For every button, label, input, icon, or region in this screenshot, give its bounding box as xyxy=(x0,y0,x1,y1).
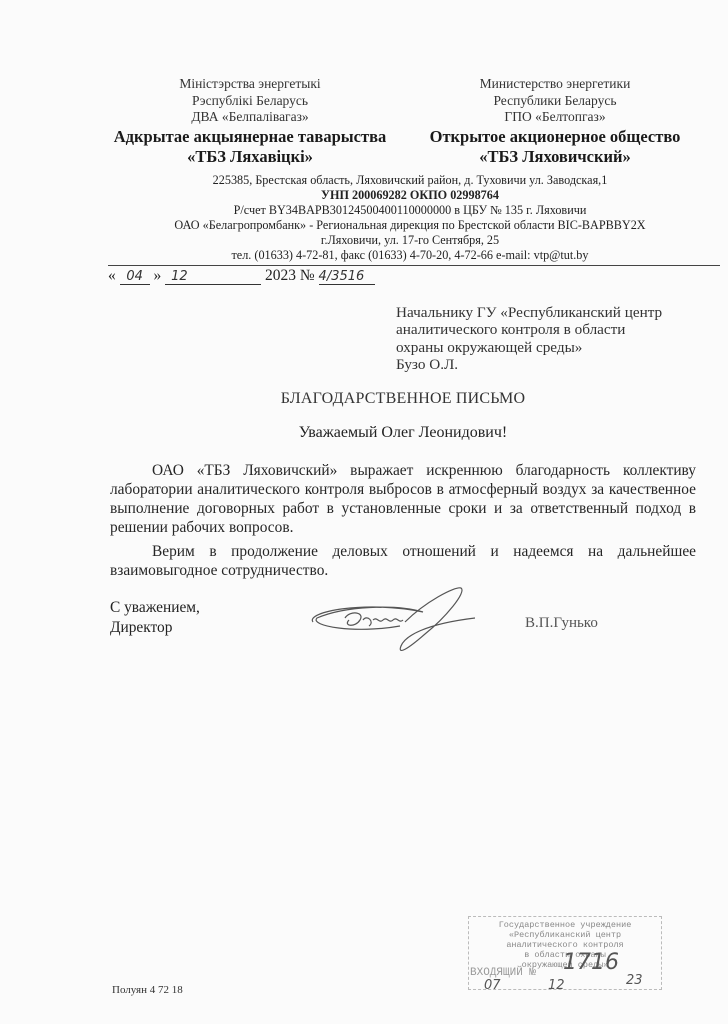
date-month: 12 xyxy=(165,269,261,285)
letter-title: БЛАГОДАРСТВЕННОЕ ПИСЬМО xyxy=(0,390,728,408)
body-paragraph-1: ОАО «ТБЗ Ляховичский» выражает искреннюю… xyxy=(110,461,696,537)
addressee-line: охраны окружающей среды» xyxy=(396,339,662,356)
paragraph-text: Верим в продолжение деловых отношений и … xyxy=(110,543,696,579)
org-name: «ТБЗ Ляховичский» xyxy=(405,147,705,167)
ministry-line: Міністэрства энергетыкі xyxy=(100,76,400,93)
header-right-russian: Министерство энергетики Республики Белар… xyxy=(405,76,705,167)
stamp-date-year: 23 xyxy=(626,973,643,988)
association-line: ГПО «Белтопгаз» xyxy=(405,109,705,126)
bank-account: Р/счет BY34BAPB30124500400110000000 в ЦБ… xyxy=(130,203,690,218)
org-name: «ТБЗ Ляхавіцкі» xyxy=(100,147,400,167)
unp-okpo: УНП 200069282 ОКПО 02998764 xyxy=(130,188,690,203)
stamp-date-day: 07 xyxy=(484,978,501,993)
association-line: ДВА «Белпалівагаз» xyxy=(100,109,400,126)
bank-name: ОАО «Белагропромбанк» - Региональная дир… xyxy=(130,218,690,233)
outgoing-number: 4/3516 xyxy=(319,269,375,285)
paragraph-text: ОАО «ТБЗ Ляховичский» выражает искреннюю… xyxy=(110,462,696,536)
number-sign: № xyxy=(300,267,315,284)
signer-name: В.П.Гунько xyxy=(525,615,598,632)
closing: С уважением, xyxy=(110,598,200,618)
ministry-line: Министерство энергетики xyxy=(405,76,705,93)
contacts-text: тел. (01633) 4-72-81, факс (01633) 4-70-… xyxy=(231,248,588,262)
date-number-line: « 04 » 12 2023 № 4/3516 xyxy=(108,267,375,285)
addressee-line: Начальнику ГУ «Республиканский центр xyxy=(396,304,662,321)
stamp-date-month: 12 xyxy=(548,978,565,993)
quote-close: » xyxy=(154,267,162,284)
addressee-name: Бузо О.Л. xyxy=(396,356,662,373)
org-type: Открытое акционерное общество xyxy=(405,127,705,147)
handwritten-signature-icon xyxy=(305,582,475,665)
postal-address: 225385, Брестская область, Ляховичский р… xyxy=(130,173,690,188)
stamp-line: аналитического контроля xyxy=(469,940,661,950)
addressee-block: Начальнику ГУ «Республиканский центр ана… xyxy=(396,304,662,374)
stamp-line: «Республиканский центр xyxy=(469,930,661,940)
body-paragraph-2: Верим в продолжение деловых отношений и … xyxy=(110,542,696,580)
republic-line: Рэспублікі Беларусь xyxy=(100,93,400,110)
greeting: Уважаемый Олег Леонидович! xyxy=(0,424,728,442)
stamp-line: Государственное учреждение xyxy=(469,920,661,930)
republic-line: Республики Беларусь xyxy=(405,93,705,110)
stamp-incoming-label: ВХОДЯЩИЙ № xyxy=(470,967,536,979)
quote-open: « xyxy=(108,267,116,284)
date-day: 04 xyxy=(120,269,150,285)
header-divider xyxy=(108,265,720,266)
city-address: г.Ляховичи, ул. 17-го Сентября, 25 xyxy=(130,233,690,248)
contacts: тел. (01633) 4-72-81, факс (01633) 4-70-… xyxy=(130,248,690,263)
header-left-belarusian: Міністэрства энергетыкі Рэспублікі Белар… xyxy=(100,76,400,167)
signer-position: Директор xyxy=(110,618,200,638)
org-type: Адкрытае акцыянернае таварыства xyxy=(100,127,400,147)
executor-info: Полуян 4 72 18 xyxy=(112,984,183,996)
addressee-line: аналитического контроля в области xyxy=(396,321,662,338)
date-year: 2023 xyxy=(265,267,296,284)
stamp-incoming-number: 1716 xyxy=(563,950,619,975)
closing-block: С уважением, Директор xyxy=(110,598,200,637)
